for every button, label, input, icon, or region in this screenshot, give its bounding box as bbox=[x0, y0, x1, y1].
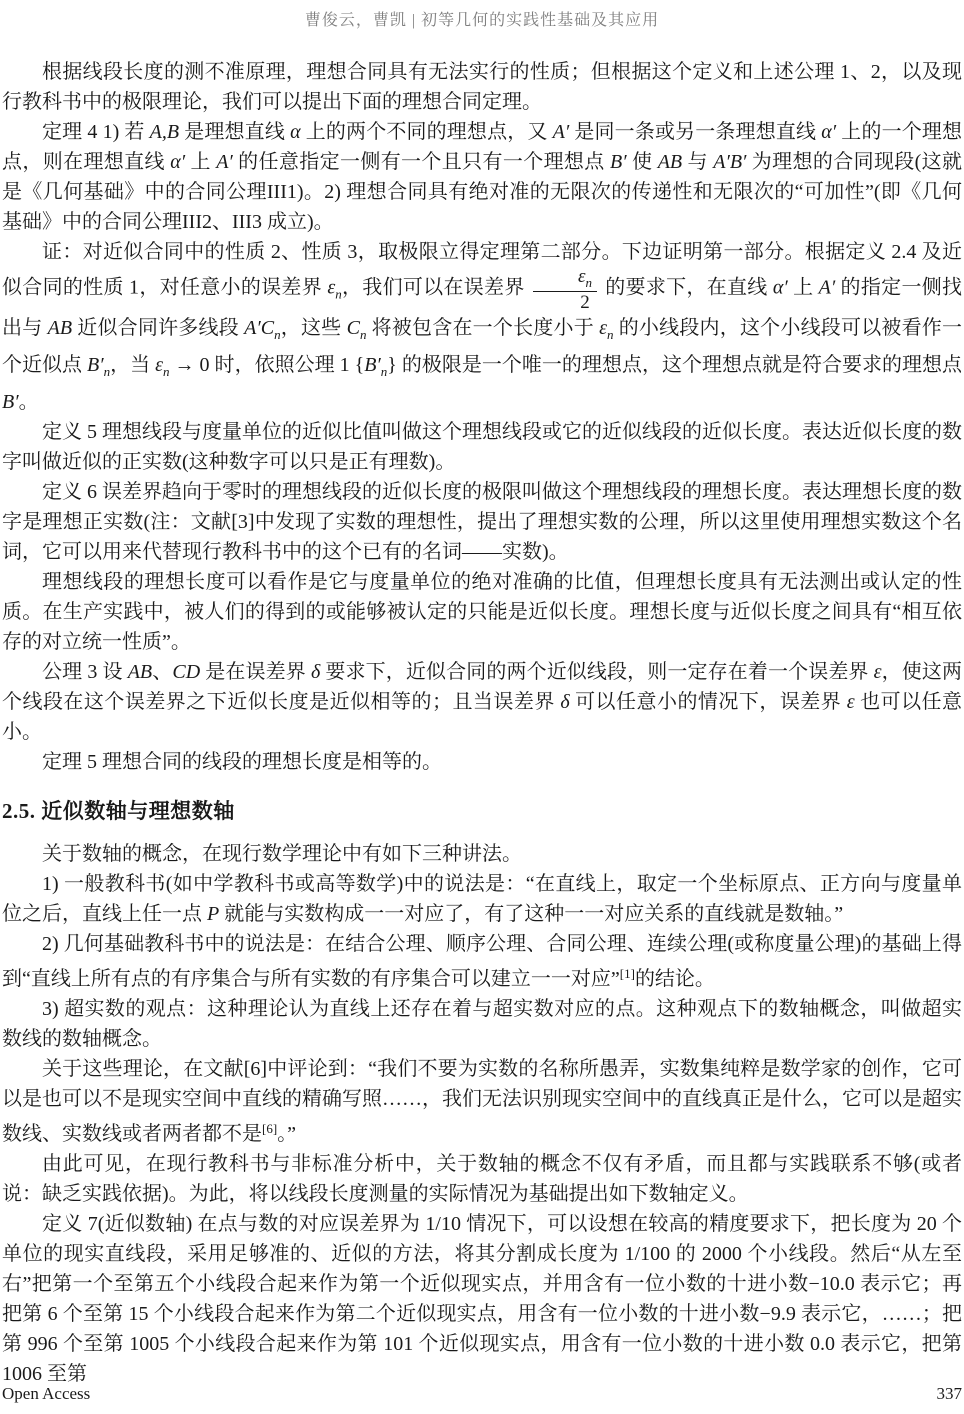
page-footer: Open Access 337 bbox=[2, 1384, 962, 1404]
running-header: 曹俊云，曹凯 | 初等几何的实践性基础及其应用 bbox=[0, 7, 964, 30]
para-axiom-3: 公理 3 设 AB、CD 是在误差界 δ 要求下，近似合同的两个近似线段，则一定… bbox=[2, 657, 962, 747]
fraction-numerator: εn bbox=[533, 267, 597, 292]
para-intro: 根据线段长度的测不准原理，理想合同具有无法实行的性质；但根据这个定义和上述公理 … bbox=[2, 57, 962, 117]
para-ideal-length: 理想线段的理想长度可以看作是它与度量单位的绝对准确的比值，但理想长度具有无法测出… bbox=[2, 567, 962, 657]
para-theorem-4: 定理 4 1) 若 A,B 是理想直线 α 上的两个不同的理想点，又 A′ 是同… bbox=[2, 117, 962, 237]
section-heading-2-5: 2.5. 近似数轴与理想数轴 bbox=[2, 796, 962, 826]
para-axis-intro: 关于数轴的概念，在现行数学理论中有如下三种讲法。 bbox=[2, 839, 962, 869]
para-view-1: 1) 一般教科书(如中学教科书或高等数学)中的说法是：“在直线上，取定一个坐标原… bbox=[2, 869, 962, 929]
para-proof: 证：对近似合同中的性质 2、性质 3，取极限立得定理第二部分。下边证明第一部分。… bbox=[2, 237, 962, 417]
para-view-3: 3) 超实数的观点：这种理论认为直线上还存在着与超实数对应的点。这种观点下的数轴… bbox=[2, 994, 962, 1054]
para-conclusion: 由此可见，在现行教科书与非标准分析中，关于数轴的概念不仅有矛盾，而且都与实践联系… bbox=[2, 1149, 962, 1209]
open-access-label: Open Access bbox=[2, 1384, 90, 1404]
page-number: 337 bbox=[937, 1384, 963, 1404]
para-definition-5: 定义 5 理想线段与度量单位的近似比值叫做这个理想线段或它的近似线段的近似长度。… bbox=[2, 417, 962, 477]
para-literature-comment: 关于这些理论，在文献[6]中评论到：“我们不要为实数的名称所愚弄，实数集纯粹是数… bbox=[2, 1054, 962, 1149]
para-theorem-5: 定理 5 理想合同的线段的理想长度是相等的。 bbox=[2, 747, 962, 777]
article-body: 根据线段长度的测不准原理，理想合同具有无法实行的性质；但根据这个定义和上述公理 … bbox=[2, 57, 962, 1389]
fraction-denominator: 2 bbox=[533, 292, 597, 313]
para-definition-7: 定义 7(近似数轴) 在点与数的对应误差界为 1/10 情况下，可以设想在较高的… bbox=[2, 1209, 962, 1389]
para-definition-6: 定义 6 误差界趋向于零时的理想线段的近似长度的极限叫做这个理想线段的理想长度。… bbox=[2, 477, 962, 567]
paper-page: 曹俊云，曹凯 | 初等几何的实践性基础及其应用 根据线段长度的测不准原理，理想合… bbox=[0, 0, 964, 1414]
fraction: εn2 bbox=[533, 267, 597, 313]
para-view-2: 2) 几何基础教科书中的说法是：在结合公理、顺序公理、合同公理、连续公理(或称度… bbox=[2, 929, 962, 994]
